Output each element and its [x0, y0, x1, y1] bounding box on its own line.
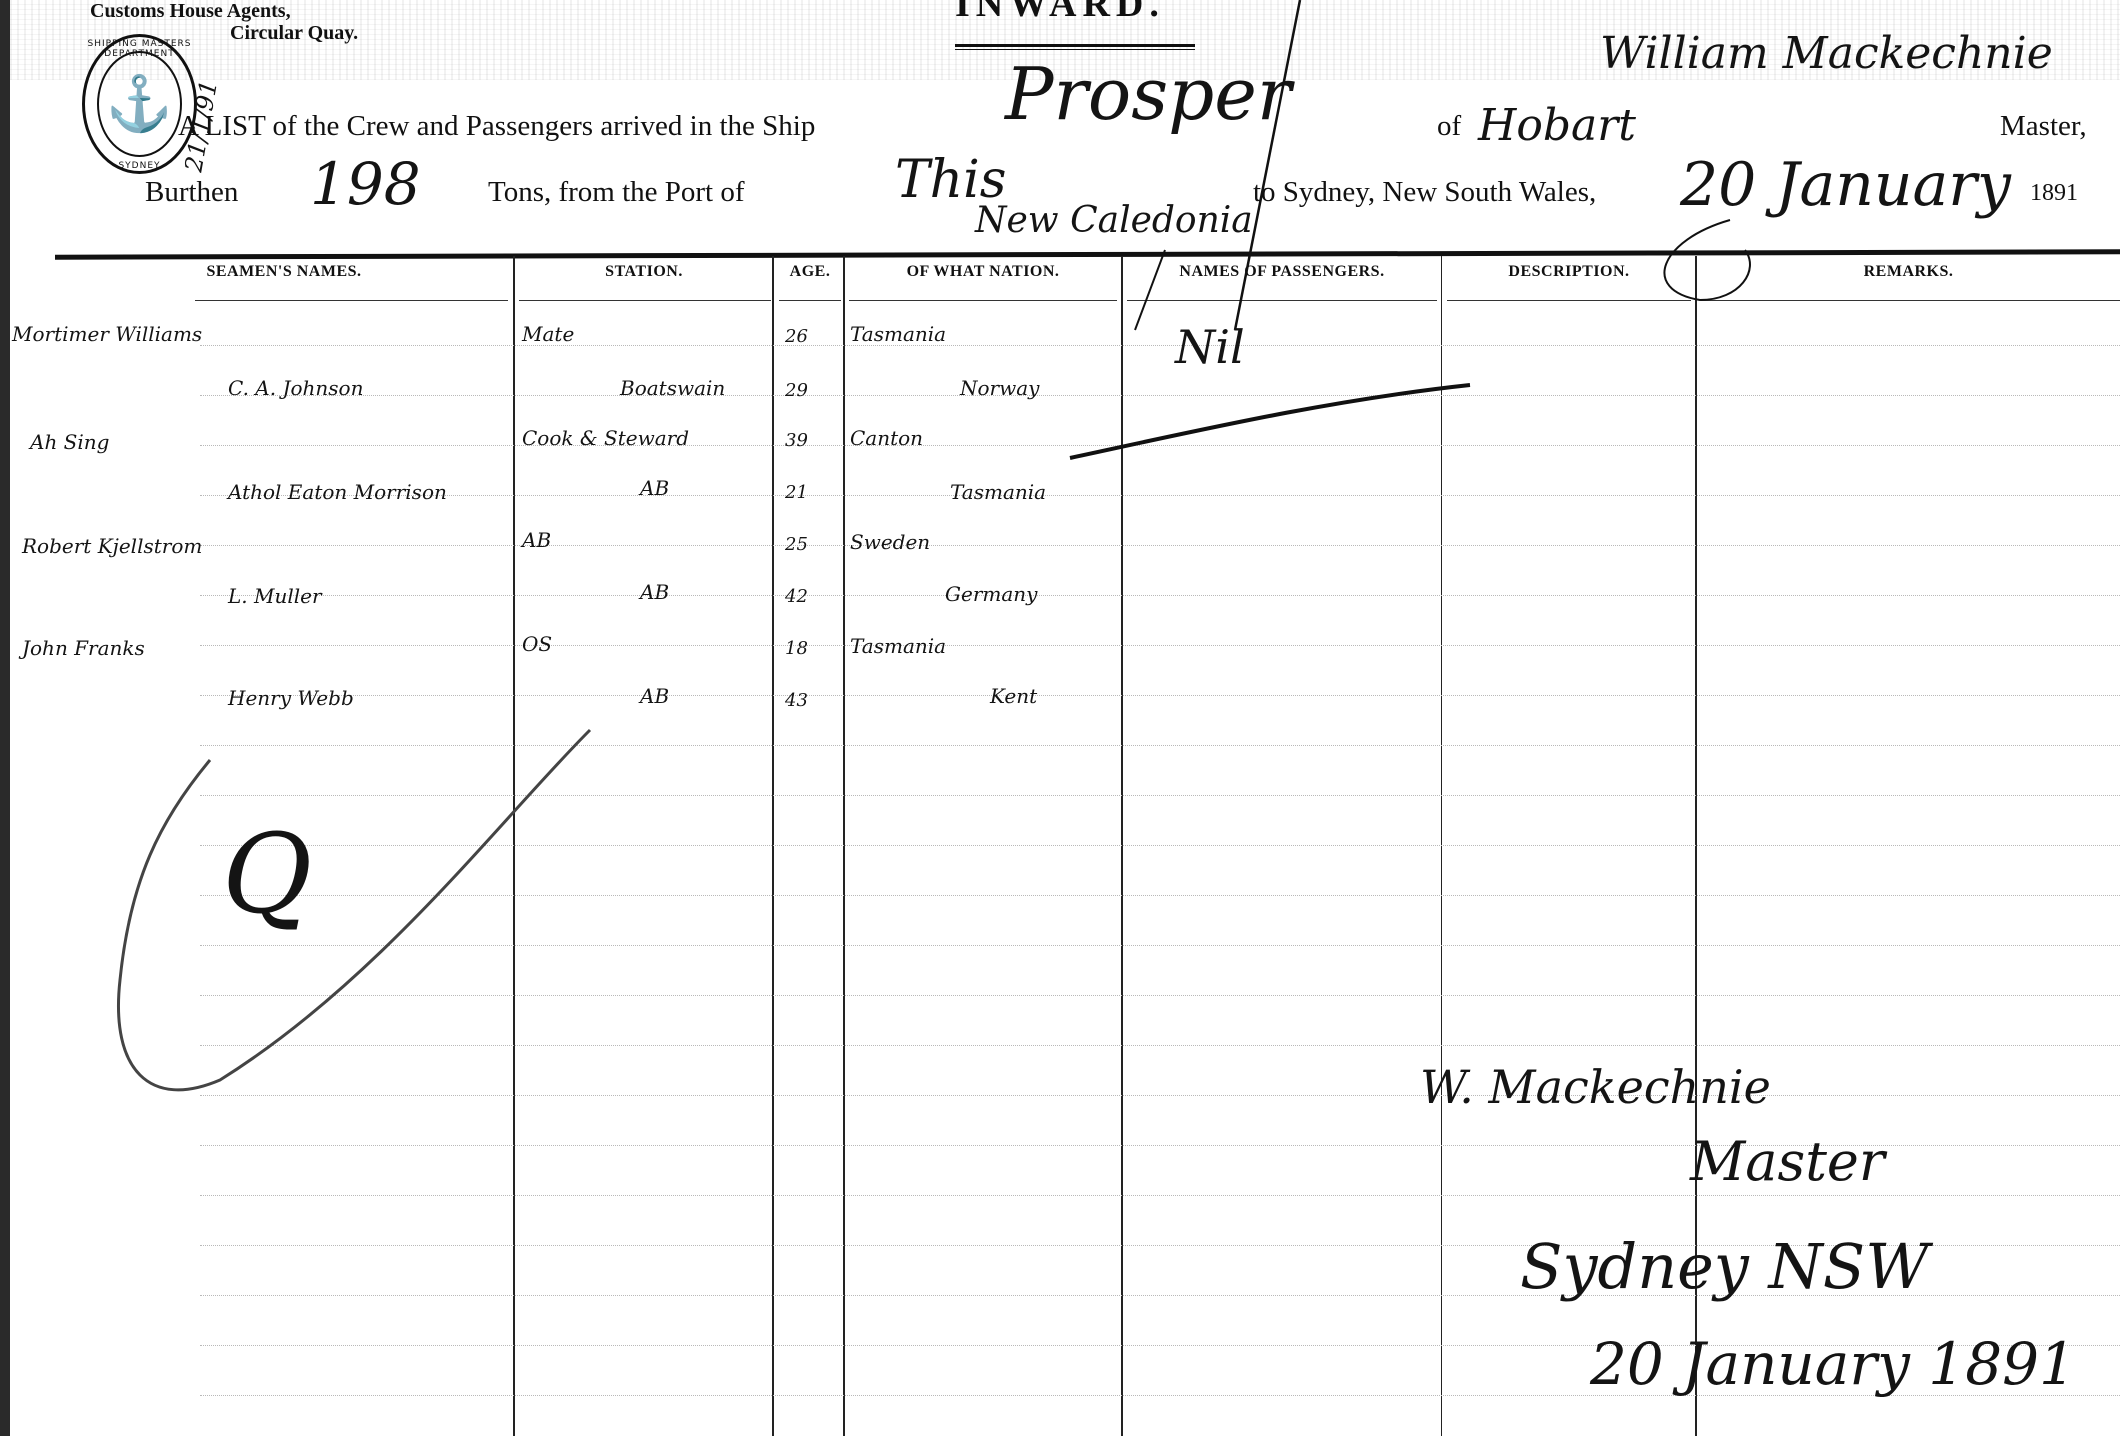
ruled-line: [200, 745, 2120, 746]
header-underline: [195, 300, 508, 301]
seaman-name: Henry Webb: [228, 686, 354, 710]
ruled-line: [200, 1195, 2120, 1196]
ruled-line: [200, 845, 2120, 846]
heading-rule: [955, 44, 1195, 50]
signature-title: Master: [1690, 1130, 1885, 1193]
ruled-line: [200, 695, 2120, 696]
column-divider: [1441, 256, 1442, 1436]
seaman-name: Mortimer Williams: [12, 322, 202, 346]
ruled-line: [200, 495, 2120, 496]
anchor-icon: ⚓: [97, 51, 182, 157]
header-underline: [1447, 300, 1691, 301]
master-label: Master,: [2000, 110, 2087, 143]
seaman-nation: Tasmania: [850, 634, 946, 658]
initial-mark: Q: [222, 810, 312, 938]
ruled-line: [200, 895, 2120, 896]
seaman-name: L. Muller: [228, 584, 322, 608]
seaman-age: 21: [785, 482, 808, 503]
header-description: DESCRIPTION.: [1443, 263, 1695, 281]
seaman-name: John Franks: [22, 636, 145, 660]
column-divider: [772, 256, 774, 1436]
header-passenger-names: NAMES OF PASSENGERS.: [1123, 263, 1441, 281]
seaman-nation: Kent: [990, 684, 1037, 708]
agent-line-2: Circular Quay.: [230, 22, 358, 45]
seal-bottom-text: SYDNEY: [85, 161, 194, 171]
seaman-station: AB: [640, 580, 669, 604]
signature-date: 20 January 1891: [1590, 1330, 2076, 1398]
header-age: AGE.: [775, 263, 845, 281]
header-underline: [1701, 300, 2120, 301]
seaman-name: Robert Kjellstrom: [22, 534, 202, 558]
header-underline: [849, 300, 1117, 301]
header-station: STATION.: [515, 263, 773, 281]
ruled-line: [200, 1045, 2120, 1046]
crew-list-document: Customs House Agents, Circular Quay. INW…: [0, 0, 2120, 1436]
passengers-entry: Nil: [1175, 320, 1245, 374]
ruled-line: [200, 395, 2120, 396]
ruled-line: [200, 595, 2120, 596]
seaman-age: 42: [785, 586, 808, 607]
department-seal: SHIPPING MASTERS DEPARTMENT ⚓ SYDNEY: [82, 34, 197, 174]
ruled-line: [200, 345, 2120, 346]
seaman-name: Ah Sing: [30, 430, 109, 454]
column-divider: [843, 256, 845, 1436]
signature-place: Sydney NSW: [1520, 1230, 1929, 1303]
header-nation: OF WHAT NATION.: [845, 263, 1121, 281]
destination-label: to Sydney, New South Wales,: [1253, 176, 1596, 209]
from-port-note: New Caledonia: [975, 200, 1253, 241]
header-underline: [779, 300, 841, 301]
ship-port: Hobart: [1478, 100, 1636, 151]
signature-name: W. Mackechnie: [1420, 1060, 1771, 1114]
column-divider: [1121, 256, 1123, 1436]
seaman-age: 18: [785, 638, 808, 659]
seaman-nation: Germany: [945, 582, 1037, 606]
arrival-date: 20 January: [1680, 150, 2011, 220]
seaman-station: Mate: [522, 322, 574, 346]
column-divider: [513, 256, 515, 1436]
scan-edge: [0, 0, 10, 1436]
master-name: William Mackechnie: [1600, 28, 2053, 79]
header-underline: [1127, 300, 1437, 301]
header-underline: [519, 300, 771, 301]
seaman-age: 43: [785, 690, 808, 711]
ship-name: Prosper: [1005, 52, 1291, 136]
seaman-nation: Tasmania: [850, 322, 946, 346]
ruled-line: [200, 945, 2120, 946]
seaman-nation: Norway: [960, 376, 1039, 400]
seaman-nation: Sweden: [850, 530, 930, 554]
seaman-name: C. A. Johnson: [228, 376, 363, 400]
seaman-age: 29: [785, 380, 808, 401]
seaman-age: 25: [785, 534, 808, 555]
seaman-nation: Tasmania: [950, 480, 1046, 504]
header-remarks: REMARKS.: [1697, 263, 2120, 281]
seaman-station: AB: [522, 528, 551, 552]
burthen-label: Burthen: [145, 176, 238, 209]
tons-value: 198: [310, 150, 421, 218]
year-label: 1891: [2030, 180, 2078, 207]
seaman-nation: Canton: [850, 426, 923, 450]
of-label: of: [1437, 110, 1461, 143]
header-rule: [55, 249, 2120, 259]
seaman-station: AB: [640, 684, 669, 708]
seaman-station: Cook & Steward: [522, 426, 689, 450]
ruled-line: [200, 645, 2120, 646]
seaman-name: Athol Eaton Morrison: [228, 480, 447, 504]
agent-line-1: Customs House Agents,: [90, 0, 291, 23]
form-heading: INWARD.: [955, 0, 1165, 26]
ruled-line: [200, 795, 2120, 796]
tons-label: Tons, from the Port of: [488, 176, 745, 209]
seaman-age: 39: [785, 430, 808, 451]
header-seamens-names: SEAMEN'S NAMES.: [55, 263, 513, 281]
seaman-age: 26: [785, 326, 808, 347]
list-title: A LIST of the Crew and Passengers arrive…: [178, 110, 815, 143]
seaman-station: Boatswain: [620, 376, 725, 400]
seaman-station: AB: [640, 476, 669, 500]
ruled-line: [200, 445, 2120, 446]
ruled-line: [200, 1095, 2120, 1096]
ruled-line: [200, 995, 2120, 996]
seaman-station: OS: [522, 632, 552, 656]
ruled-line: [200, 545, 2120, 546]
